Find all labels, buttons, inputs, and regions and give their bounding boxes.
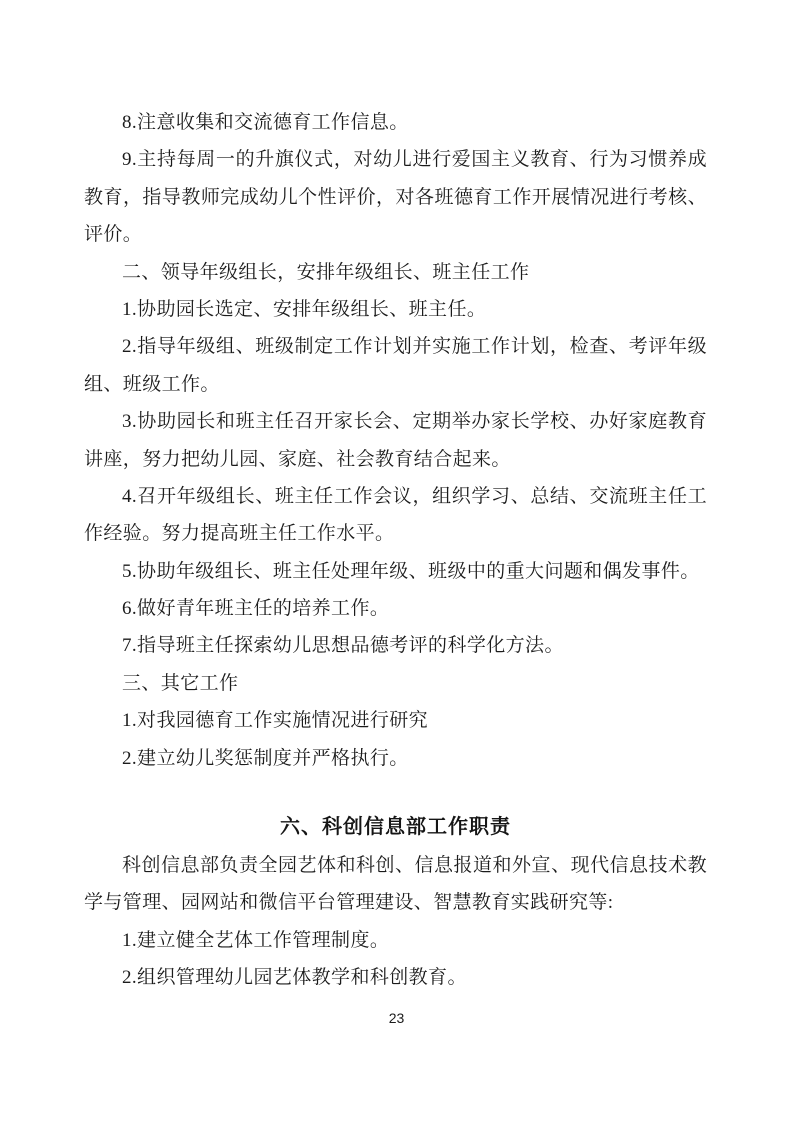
paragraph-line: 1.协助园长选定、安排年级组长、班主任。 (84, 291, 707, 328)
paragraph: 7.指导班主任探索幼儿思想品德考评的科学化方法。 (84, 627, 707, 664)
paragraph: 1.建立健全艺体工作管理制度。 (84, 922, 707, 959)
paragraph-line: 作经验。努力提高班主任工作水平。 (84, 515, 707, 552)
paragraph-line: 7.指导班主任探索幼儿思想品德考评的科学化方法。 (84, 627, 707, 664)
document-page: 8.注意收集和交流德育工作信息。9.主持每周一的升旗仪式，对幼儿进行爱国主义教育… (0, 0, 793, 1122)
paragraph-line: 组、班级工作。 (84, 366, 707, 403)
section-heading: 六、科创信息部工作职责 (84, 808, 707, 847)
paragraph: 三、其它工作 (84, 665, 707, 702)
page-number: 23 (389, 1010, 405, 1026)
paragraph-line: 6.做好青年班主任的培养工作。 (84, 590, 707, 627)
paragraph-line: 9.主持每周一的升旗仪式，对幼儿进行爱国主义教育、行为习惯养成 (84, 141, 707, 178)
paragraph-line: 2.建立幼儿奖惩制度并严格执行。 (84, 740, 707, 777)
document-body: 8.注意收集和交流德育工作信息。9.主持每周一的升旗仪式，对幼儿进行爱国主义教育… (84, 104, 707, 997)
paragraph: 4.召开年级组长、班主任工作会议，组织学习、总结、交流班主任工作经验。努力提高班… (84, 478, 707, 553)
paragraph-line: 2.组织管理幼儿园艺体教学和科创教育。 (84, 959, 707, 996)
paragraph: 5.协助年级组长、班主任处理年级、班级中的重大问题和偶发事件。 (84, 553, 707, 590)
paragraph-line: 讲座，努力把幼儿园、家庭、社会教育结合起来。 (84, 441, 707, 478)
paragraph-line: 三、其它工作 (84, 665, 707, 702)
paragraph-line: 3.协助园长和班主任召开家长会、定期举办家长学校、办好家庭教育 (84, 403, 707, 440)
vertical-spacer (84, 777, 707, 808)
paragraph: 2.指导年级组、班级制定工作计划并实施工作计划，检查、考评年级组、班级工作。 (84, 328, 707, 403)
paragraph: 2.建立幼儿奖惩制度并严格执行。 (84, 740, 707, 777)
page-footer: 23 (0, 1008, 793, 1028)
paragraph: 6.做好青年班主任的培养工作。 (84, 590, 707, 627)
paragraph: 2.组织管理幼儿园艺体教学和科创教育。 (84, 959, 707, 996)
paragraph-line: 科创信息部负责全园艺体和科创、信息报道和外宣、现代信息技术教 (84, 847, 707, 884)
paragraph: 1.协助园长选定、安排年级组长、班主任。 (84, 291, 707, 328)
paragraph-line: 4.召开年级组长、班主任工作会议，组织学习、总结、交流班主任工 (84, 478, 707, 515)
paragraph-line: 2.指导年级组、班级制定工作计划并实施工作计划，检查、考评年级 (84, 328, 707, 365)
paragraph-line: 8.注意收集和交流德育工作信息。 (84, 104, 707, 141)
paragraph: 8.注意收集和交流德育工作信息。 (84, 104, 707, 141)
paragraph-line: 评价。 (84, 216, 707, 253)
paragraph-line: 二、领导年级组长，安排年级组长、班主任工作 (84, 254, 707, 291)
paragraph: 3.协助园长和班主任召开家长会、定期举办家长学校、办好家庭教育讲座，努力把幼儿园… (84, 403, 707, 478)
paragraph-line: 1.建立健全艺体工作管理制度。 (84, 922, 707, 959)
paragraph-line: 学与管理、园网站和微信平台管理建设、智慧教育实践研究等: (84, 884, 707, 921)
paragraph: 1.对我园德育工作实施情况进行研究 (84, 702, 707, 739)
paragraph-line: 教育，指导教师完成幼儿个性评价，对各班德育工作开展情况进行考核、 (84, 179, 707, 216)
paragraph-line: 5.协助年级组长、班主任处理年级、班级中的重大问题和偶发事件。 (84, 553, 707, 590)
paragraph: 9.主持每周一的升旗仪式，对幼儿进行爱国主义教育、行为习惯养成教育，指导教师完成… (84, 141, 707, 253)
paragraph: 科创信息部负责全园艺体和科创、信息报道和外宣、现代信息技术教学与管理、园网站和微… (84, 847, 707, 922)
paragraph: 二、领导年级组长，安排年级组长、班主任工作 (84, 254, 707, 291)
paragraph-line: 1.对我园德育工作实施情况进行研究 (84, 702, 707, 739)
